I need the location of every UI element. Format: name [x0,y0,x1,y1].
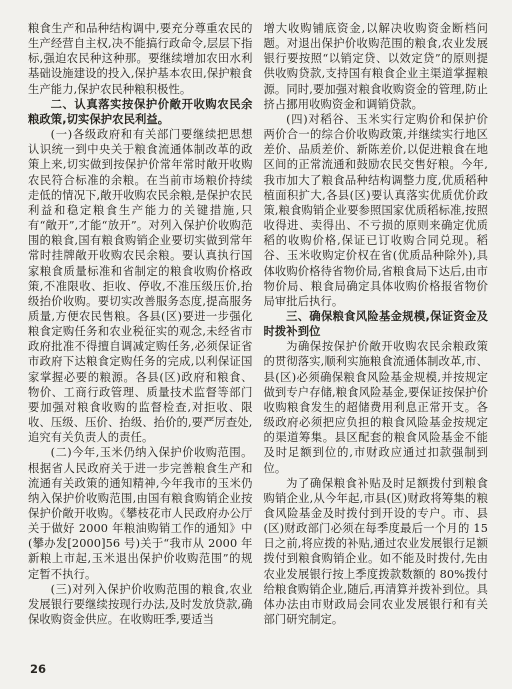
paragraph-risk-fund: 为确保按保护价敞开收购农民余粮政策的贯彻落实,顺利实施粮食流通体制改革,市、县(… [264,339,489,475]
paragraph-item-4: (四)对稻谷、玉米实行定购价和保护价两价合一的综合价收购政策,并继续实行地区差价… [264,112,489,309]
paragraph-item-3: (三)对列入保护价收购范围的粮食,农业发展银行要继续按现行办法,及时发放贷款,确… [28,582,253,627]
paragraph-continuation: 粮食生产和品种结构调中,要充分尊重农民的生产经营自主权,决不能搞行政命令,层层下… [28,21,253,97]
page-number: 26 [30,662,46,676]
left-column: 粮食生产和品种结构调中,要充分尊重农民的生产经营自主权,决不能搞行政命令,层层下… [28,21,253,627]
paragraph-subsidy: 为了确保粮食补贴及时足额拨付到粮食购销企业,从今年起,市县(区)财政将筹集的粮食… [264,476,489,628]
right-column: 增大收购铺底资金,以解决收购资金断档问题。对退出保护价收购范围的粮食,农业发展银… [264,21,489,627]
section-heading-2: 二、认真落实按保护价敞开收购农民余粮政策,切实保护农民利益。 [28,97,253,127]
text-columns: 粮食生产和品种结构调中,要充分尊重农民的生产经营自主权,决不能搞行政命令,层层下… [28,21,488,627]
paragraph-continuation: 增大收购铺底资金,以解决收购资金断档问题。对退出保护价收购范围的粮食,农业发展银… [264,21,489,112]
paragraph-item-1: (一)各级政府和有关部门要继续把思想认识统一到中央关于粮食流通体制改革的政策上来… [28,127,253,445]
document-page: 粮食生产和品种结构调中,要充分尊重农民的生产经营自主权,决不能搞行政命令,层层下… [0,0,512,689]
paragraph-item-2: (二)今年,玉米仍纳入保护价收购范围。根据省人民政府关于进一步完善粮食生产和流通… [28,445,253,581]
section-heading-3: 三、确保粮食风险基金规模,保证资金及时拨补到位 [264,309,489,339]
